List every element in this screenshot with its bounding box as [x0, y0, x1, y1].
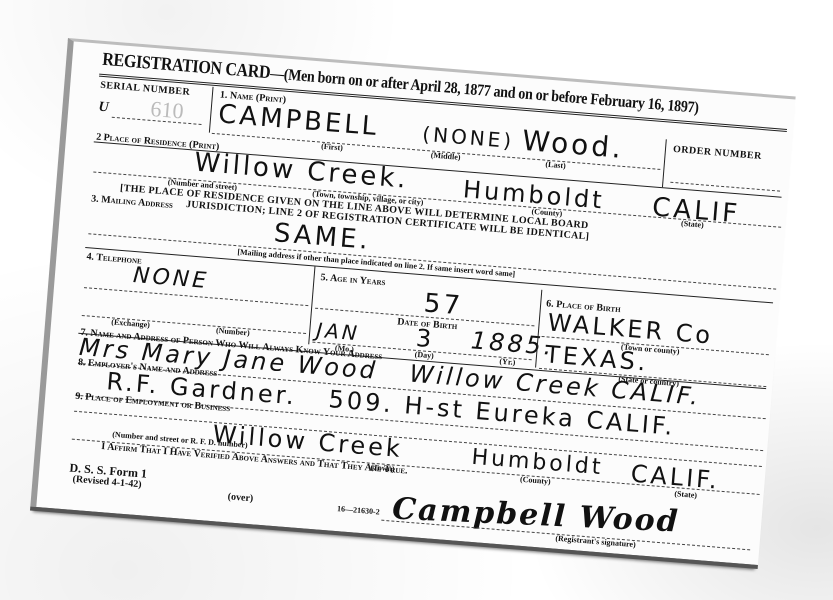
name-middle: (NONE)	[422, 122, 516, 153]
serial-number-value: 610	[150, 96, 185, 125]
print-code: 16—21630-2	[337, 504, 380, 516]
serial-divider	[209, 87, 214, 133]
hint-day: (Day)	[414, 350, 434, 361]
hint-year: (Yr.)	[499, 357, 516, 367]
hint-state: (State)	[681, 219, 704, 230]
over-note: (over)	[227, 491, 253, 504]
employment-county: Humboldt	[471, 445, 605, 481]
hint-emp-county: (County)	[520, 475, 551, 486]
hint-emp-state: (State)	[674, 489, 697, 500]
hint-number: (Number)	[216, 326, 250, 338]
dob-month: JAN	[315, 318, 360, 345]
order-divider	[662, 139, 667, 187]
phone-age-divider	[308, 267, 315, 345]
dob-day: 3	[415, 324, 435, 353]
telephone-value: NONE	[132, 263, 210, 294]
age-label: 5. Age in Years	[320, 272, 386, 288]
serial-prefix: U	[98, 100, 109, 117]
hint-middle: (Middle)	[430, 150, 460, 161]
hint-exchange: (Exchange)	[111, 317, 150, 329]
hint-first: (First)	[321, 142, 343, 153]
order-number-label: ORDER NUMBER	[673, 144, 763, 162]
hint-last: (Last)	[545, 160, 566, 171]
registration-card: REGISTRATION CARD—(Men born on or after …	[30, 38, 795, 565]
